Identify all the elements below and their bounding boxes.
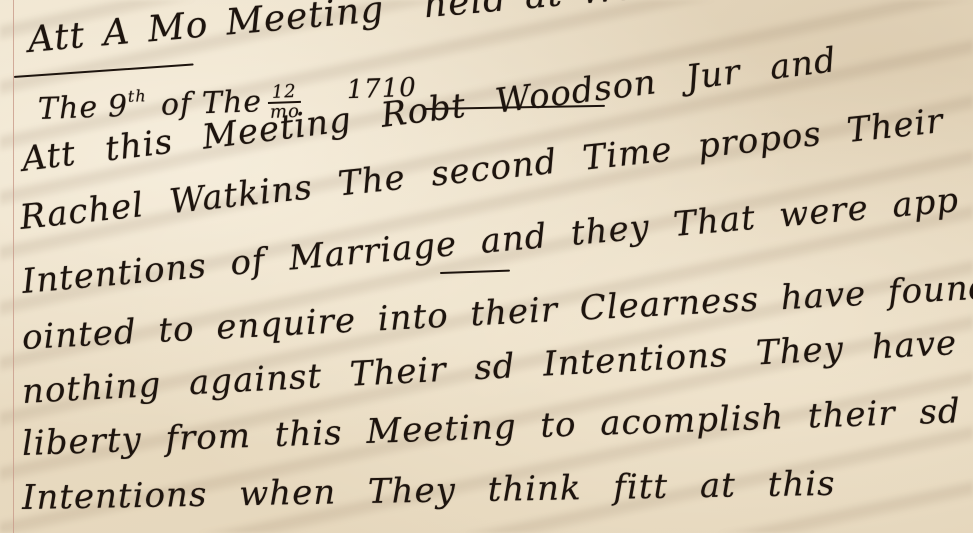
heading-word: A [101, 11, 131, 54]
date-word: The [37, 90, 98, 127]
date-word: of [160, 87, 192, 123]
manuscript-page: AttAMoMeetingheldatWmPorter'sjr The9thof… [0, 0, 973, 533]
date-day: 9th [107, 88, 147, 124]
heading-word: Mo [146, 4, 210, 50]
margin-rule [13, 0, 14, 533]
heading-word: Att [26, 15, 87, 61]
